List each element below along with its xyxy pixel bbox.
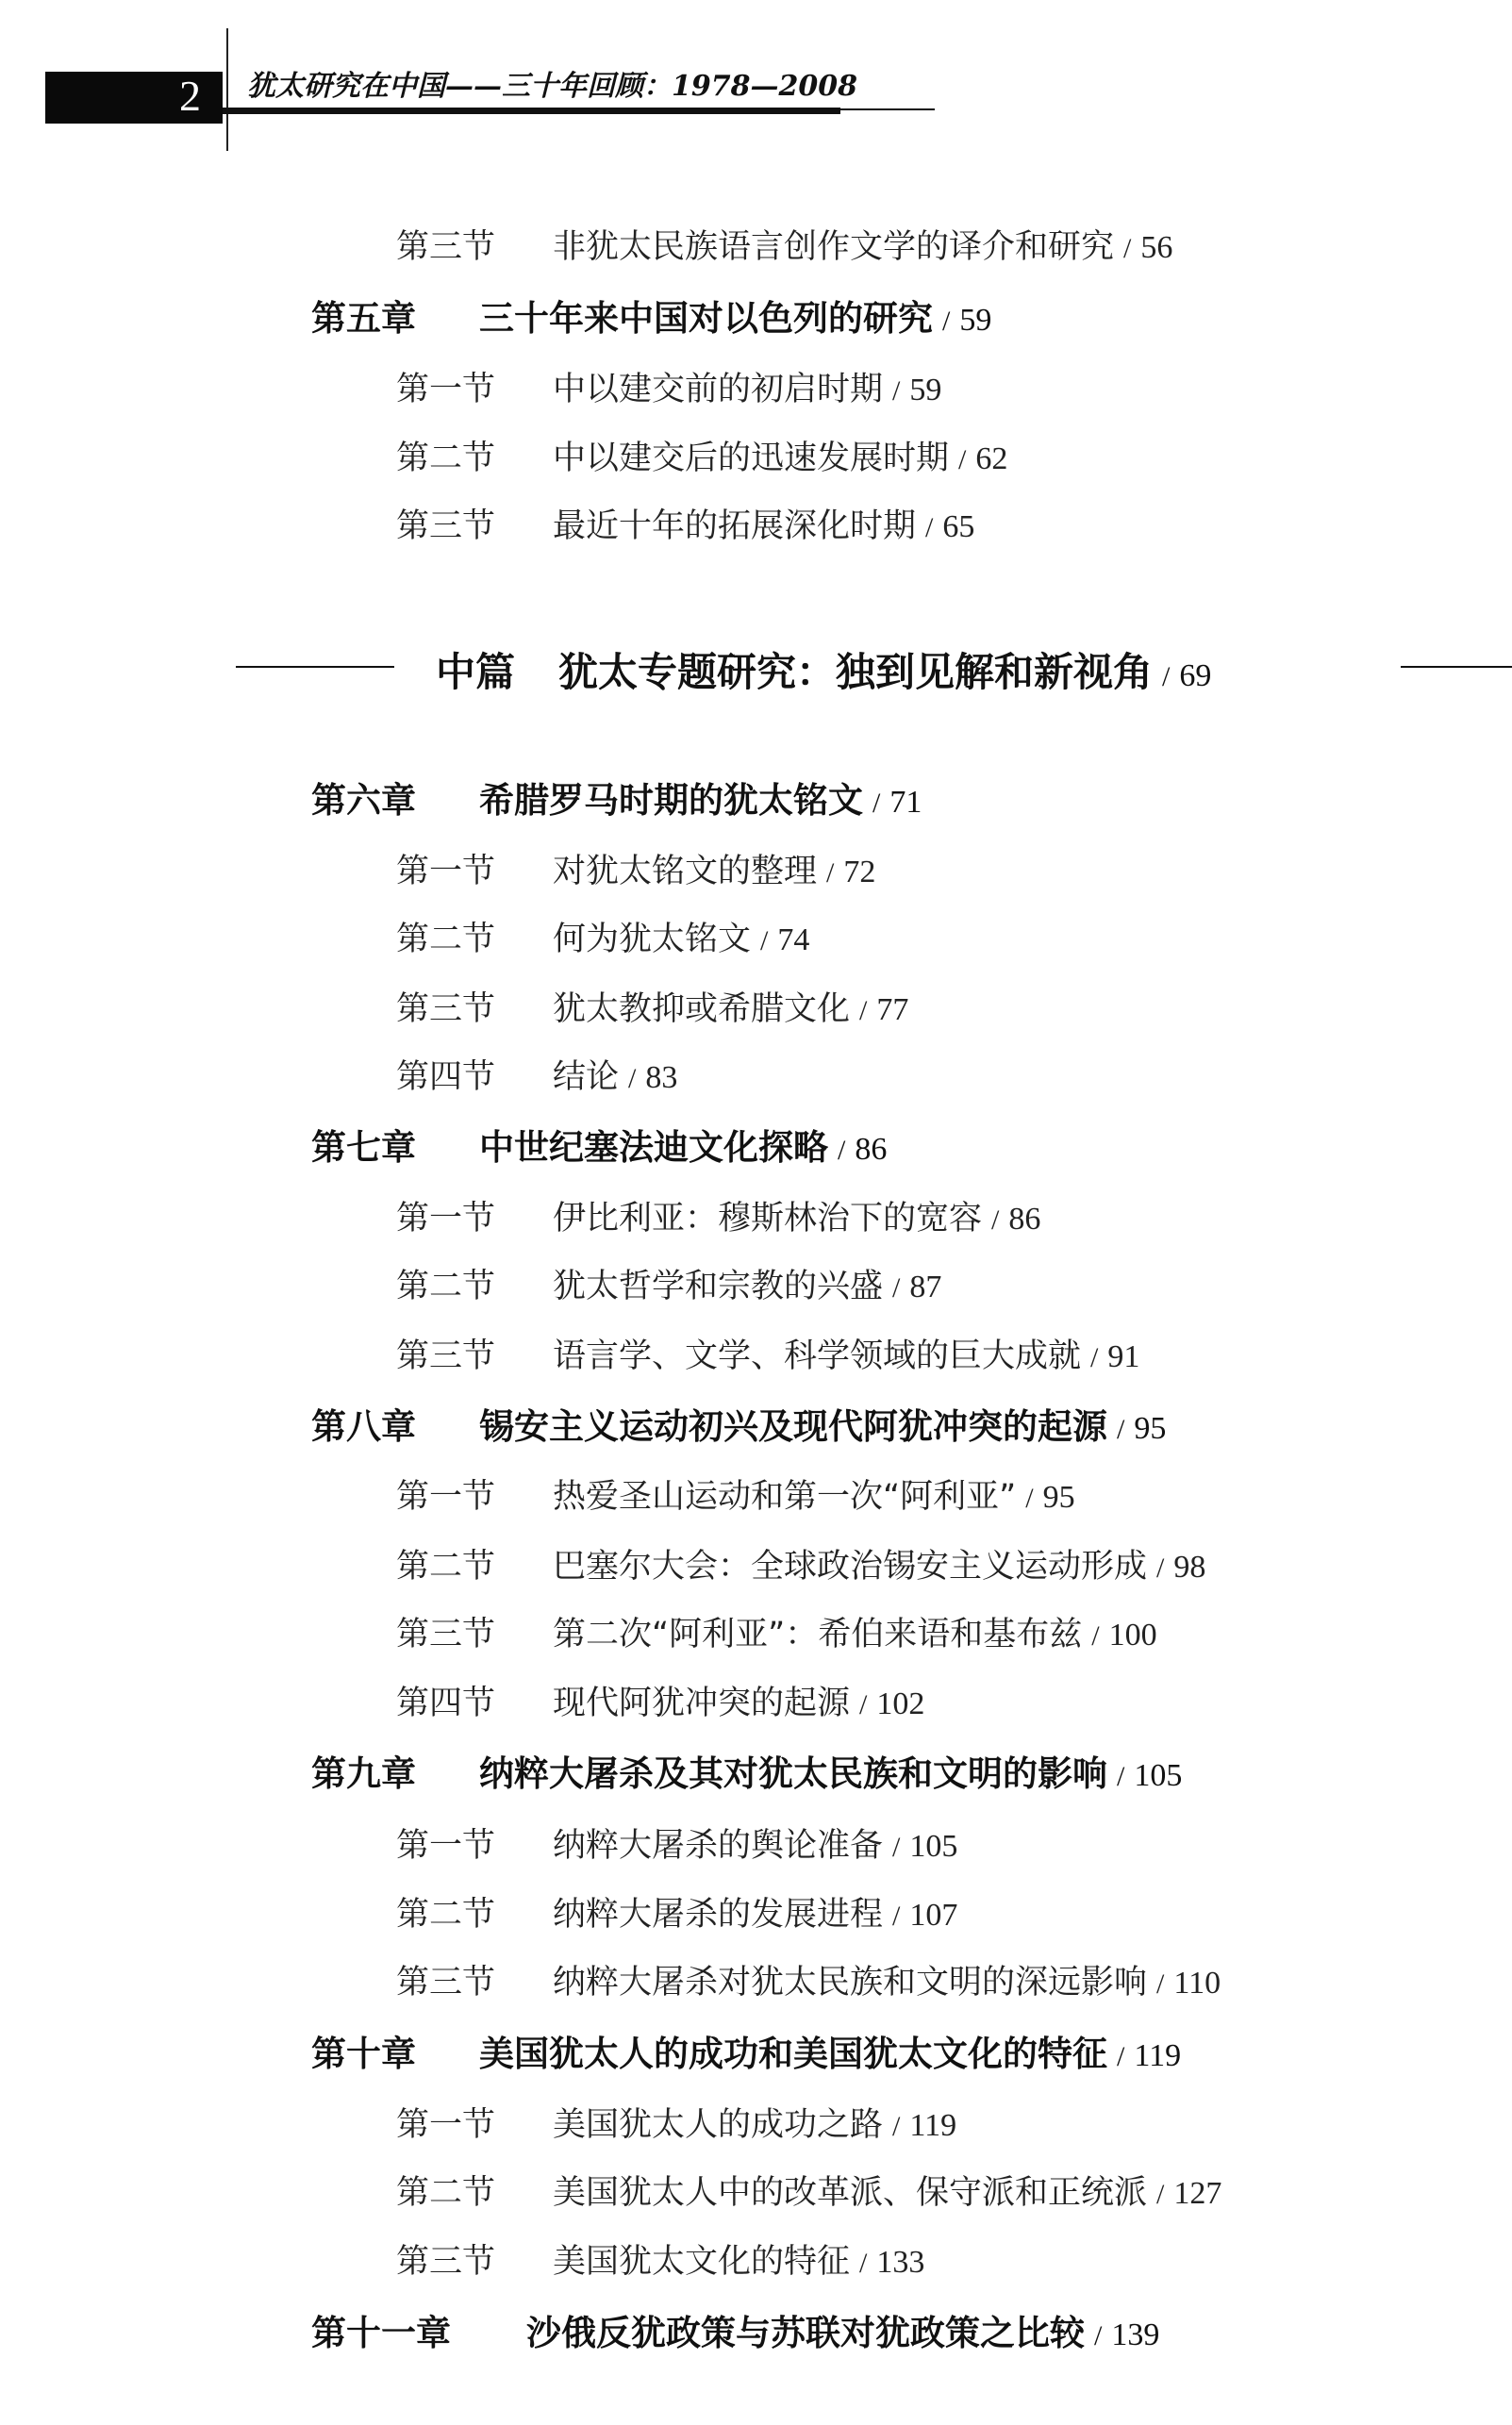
toc-entry[interactable]: 第三节美国犹太文化的特征/133 (396, 2241, 924, 2284)
separator: / (859, 995, 867, 1026)
separator: / (1117, 2041, 1124, 2072)
separator: / (1091, 1620, 1099, 1652)
separator: / (1025, 1483, 1033, 1514)
toc-entry[interactable]: 第四节结论/83 (396, 1056, 677, 1100)
toc-entry-chapter[interactable]: 第十章美国犹太人的成功和美国犹太文化的特征/119 (311, 2034, 1181, 2078)
separator: / (991, 1204, 999, 1236)
separator: / (628, 1063, 636, 1094)
entry-page: 105 (1134, 1758, 1182, 1793)
toc-entry[interactable]: 第二节巴塞尔大会：全球政治锡安主义运动形成/98 (396, 1546, 1205, 1589)
toc-entry[interactable]: 第二节纳粹大屠杀的发展进程/107 (396, 1894, 957, 1937)
entry-page: 98 (1173, 1550, 1205, 1585)
part-page: 69 (1179, 658, 1211, 693)
toc-entry[interactable]: 第三节犹太教抑或希腊文化/77 (396, 988, 908, 1032)
entry-label: 第一节 (396, 1825, 553, 1867)
separator: / (942, 306, 950, 337)
entry-title: 何为犹太铭文 (553, 921, 751, 958)
entry-title: 最近十年的拓展深化时期 (553, 507, 916, 545)
separator: / (1117, 1761, 1124, 1792)
entry-label: 第三节 (396, 1614, 553, 1655)
entry-title: 现代阿犹冲突的起源 (553, 1685, 850, 1722)
entry-page: 119 (1134, 2038, 1181, 2073)
entry-label: 第一节 (396, 1198, 553, 1239)
separator: / (892, 1832, 900, 1863)
entry-page: 59 (909, 373, 941, 407)
entry-label: 第二节 (396, 1266, 553, 1307)
entry-label: 第三节 (396, 1336, 553, 1377)
entry-title: 纳粹大屠杀的舆论准备 (553, 1827, 883, 1865)
entry-label: 第二节 (396, 1546, 553, 1587)
entry-page: 65 (942, 509, 974, 544)
entry-page: 87 (909, 1270, 941, 1304)
separator: / (760, 925, 768, 956)
toc-entry-chapter[interactable]: 第九章纳粹大屠杀及其对犹太民族和文明的影响/105 (311, 1753, 1182, 1798)
toc-entry[interactable]: 第一节美国犹太人的成功之路/119 (396, 2104, 956, 2148)
entry-page: 107 (909, 1898, 957, 1933)
entry-page: 91 (1107, 1339, 1139, 1374)
entry-page: 72 (843, 855, 875, 889)
separator: / (1162, 661, 1170, 692)
entry-label: 第一节 (396, 851, 553, 892)
separator: / (859, 2248, 867, 2279)
entry-title: 纳粹大屠杀对犹太民族和文明的深远影响 (553, 1964, 1147, 2001)
entry-label: 第三节 (396, 988, 553, 1030)
separator: / (1094, 2320, 1102, 2351)
separator: / (872, 788, 880, 819)
entry-title: 美国犹太人的成功之路 (553, 2106, 883, 2144)
page-number: 2 (179, 70, 201, 122)
toc-entry[interactable]: 第三节非犹太民族语言创作文学的译介和研究/56 (396, 226, 1172, 270)
entry-title: 中以建交前的初启时期 (553, 371, 883, 408)
entry-page: 105 (909, 1829, 957, 1864)
entry-title: 热爱圣山运动和第一次“阿利亚” (553, 1478, 1016, 1516)
entry-label: 第六章 (311, 780, 479, 822)
entry-label: 第三节 (396, 226, 553, 268)
toc-entry-chapter[interactable]: 第六章希腊罗马时期的犹太铭文/71 (311, 780, 922, 824)
entry-label: 第三节 (396, 1962, 553, 2003)
entry-title: 第二次“阿利亚”：希伯来语和基布兹 (553, 1616, 1082, 1653)
toc-entry[interactable]: 第二节犹太哲学和宗教的兴盛/87 (396, 1266, 941, 1309)
entry-page: 71 (889, 785, 922, 820)
separator: / (958, 444, 966, 475)
entry-title: 锡安主义运动初兴及现代阿犹冲突的起源 (479, 1406, 1107, 1447)
entry-title: 语言学、文学、科学领域的巨大成就 (553, 1337, 1081, 1375)
dash-rule-right (1401, 666, 1512, 668)
entry-label: 第二节 (396, 919, 553, 960)
entry-page: 86 (1008, 1202, 1040, 1237)
entry-page: 86 (855, 1132, 887, 1167)
separator: / (859, 1689, 867, 1720)
entry-label: 第十章 (311, 2034, 479, 2075)
part-heading-text: 中篇犹太专题研究：独到见解和新视角/69 (436, 641, 1211, 698)
separator: / (838, 1135, 845, 1166)
entry-title: 非犹太民族语言创作文学的译介和研究 (553, 228, 1114, 266)
entry-title: 美国犹太文化的特征 (553, 2243, 850, 2281)
toc-entry[interactable]: 第三节第二次“阿利亚”：希伯来语和基布兹/100 (396, 1614, 1157, 1657)
header-rule-thin (840, 108, 935, 110)
toc-entry[interactable]: 第二节何为犹太铭文/74 (396, 919, 809, 962)
separator: / (1090, 1342, 1098, 1373)
entry-title: 巴塞尔大会：全球政治锡安主义运动形成 (553, 1548, 1147, 1586)
entry-title: 中以建交后的迅速发展时期 (553, 440, 949, 477)
entry-label: 第五章 (311, 298, 479, 340)
entry-label: 第一节 (396, 369, 553, 410)
entry-label: 第四节 (396, 1683, 553, 1724)
separator: / (1156, 1553, 1164, 1584)
header-divider (226, 28, 228, 151)
entry-page: 83 (645, 1060, 677, 1095)
toc-entry[interactable]: 第一节伊比利亚：穆斯林治下的宽容/86 (396, 1198, 1040, 1241)
toc-entry-chapter[interactable]: 第八章锡安主义运动初兴及现代阿犹冲突的起源/95 (311, 1406, 1166, 1451)
entry-label: 第九章 (311, 1753, 479, 1795)
entry-label: 第七章 (311, 1127, 479, 1169)
book-title: 犹太研究在中国——三十年回顾：1978—2008 (247, 62, 857, 104)
separator: / (892, 375, 900, 407)
entry-page: 77 (876, 992, 908, 1027)
toc-entry[interactable]: 第三节最近十年的拓展深化时期/65 (396, 506, 974, 549)
entry-label: 第二节 (396, 438, 553, 479)
entry-page: 139 (1111, 2317, 1159, 2352)
entry-title: 美国犹太人的成功和美国犹太文化的特征 (479, 2034, 1107, 2074)
entry-page: 119 (909, 2108, 956, 2143)
toc-entry[interactable]: 第一节中以建交前的初启时期/59 (396, 369, 941, 412)
entry-title: 犹太教抑或希腊文化 (553, 990, 850, 1028)
entry-title: 犹太哲学和宗教的兴盛 (553, 1268, 883, 1305)
separator: / (1156, 2179, 1164, 2210)
entry-label: 第三节 (396, 506, 553, 547)
separator: / (826, 857, 834, 889)
entry-title: 美国犹太人中的改革派、保守派和正统派 (553, 2174, 1147, 2212)
toc-entry[interactable]: 第一节纳粹大屠杀的舆论准备/105 (396, 1825, 957, 1869)
toc-entry[interactable]: 第一节热爱圣山运动和第一次“阿利亚”/95 (396, 1476, 1075, 1520)
toc-entry[interactable]: 第四节现代阿犹冲突的起源/102 (396, 1683, 924, 1726)
entry-label: 第二节 (396, 1894, 553, 1935)
toc-entry[interactable]: 第二节美国犹太人中的改革派、保守派和正统派/127 (396, 2172, 1221, 2216)
entry-title: 三十年来中国对以色列的研究 (479, 298, 933, 339)
toc-entry-chapter[interactable]: 第十一章沙俄反犹政策与苏联对犹政策之比较/139 (311, 2313, 1159, 2357)
separator: / (1123, 233, 1131, 264)
entry-label: 第一节 (396, 1476, 553, 1518)
part-title: 犹太专题研究：独到见解和新视角 (558, 649, 1153, 695)
entry-title: 纳粹大屠杀及其对犹太民族和文明的影响 (479, 1753, 1107, 1794)
separator: / (925, 512, 933, 543)
entry-page: 100 (1109, 1618, 1157, 1653)
entry-title: 纳粹大屠杀的发展进程 (553, 1896, 883, 1934)
entry-page: 95 (1043, 1480, 1075, 1515)
dash-rule-left (236, 666, 394, 668)
entry-page: 56 (1140, 230, 1172, 265)
separator: / (1156, 1968, 1164, 2000)
entry-label: 第三节 (396, 2241, 553, 2283)
part-label: 中篇 (436, 649, 515, 695)
entry-title: 对犹太铭文的整理 (553, 853, 817, 890)
toc-entry[interactable]: 第二节中以建交后的迅速发展时期/62 (396, 438, 1007, 481)
entry-label: 第四节 (396, 1056, 553, 1098)
toc-entry-chapter[interactable]: 第七章中世纪塞法迪文化探略/86 (311, 1127, 887, 1171)
header-rule (223, 108, 840, 114)
toc-entry[interactable]: 第三节语言学、文学、科学领域的巨大成就/91 (396, 1336, 1139, 1379)
separator: / (892, 2111, 900, 2142)
entry-page: 127 (1173, 2176, 1221, 2211)
entry-title: 中世纪塞法迪文化探略 (479, 1127, 828, 1168)
entry-page: 95 (1134, 1411, 1166, 1446)
entry-page: 102 (876, 1686, 924, 1721)
toc-entry-chapter[interactable]: 第五章三十年来中国对以色列的研究/59 (311, 298, 991, 342)
separator: / (1117, 1414, 1124, 1445)
toc-entry[interactable]: 第三节纳粹大屠杀对犹太民族和文明的深远影响/110 (396, 1962, 1221, 2005)
entry-title: 结论 (553, 1058, 619, 1096)
entry-label: 第八章 (311, 1406, 479, 1448)
entry-page: 133 (876, 2245, 924, 2280)
part-heading[interactable]: 中篇犹太专题研究：独到见解和新视角/69 (236, 641, 1512, 689)
entry-page: 62 (975, 441, 1007, 476)
entry-page: 74 (777, 922, 809, 957)
toc-entry[interactable]: 第一节对犹太铭文的整理/72 (396, 851, 875, 894)
separator: / (892, 1901, 900, 1932)
entry-label: 第一节 (396, 2104, 553, 2146)
entry-page: 110 (1173, 1966, 1221, 2001)
entry-title: 伊比利亚：穆斯林治下的宽容 (553, 1200, 982, 1237)
entry-title: 希腊罗马时期的犹太铭文 (479, 780, 863, 821)
entry-page: 59 (959, 303, 991, 338)
entry-title: 沙俄反犹政策与苏联对犹政策之比较 (526, 2313, 1085, 2353)
entry-label: 第十一章 (311, 2313, 526, 2354)
separator: / (892, 1272, 900, 1304)
entry-label: 第二节 (396, 2172, 553, 2214)
